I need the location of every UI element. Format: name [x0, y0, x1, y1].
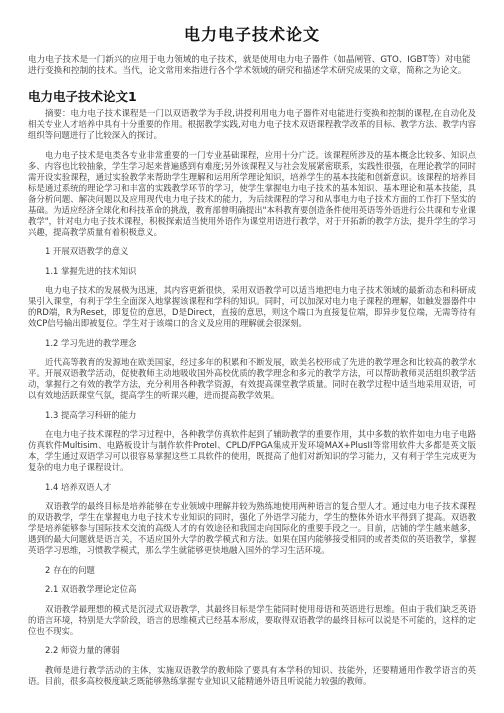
heading-1-1: 1.1 掌握先进的技术知识: [28, 266, 476, 277]
intro-paragraph: 电力电子技术是一门新兴的应用于电力领域的电子技术，就是使用电力电子器件（如晶闸管…: [28, 55, 476, 77]
heading-2-2: 2.2 师资力量的薄弱: [28, 645, 476, 656]
body-paragraph: 电力电子技术是电类各专业非常重要的一门专业基础课程，应用十分广泛。该课程所涉及的…: [28, 150, 476, 238]
body-paragraph: 在电力电子技术课程的学习过程中，各种教学仿真软件起到了辅助教学的重要作用，其中多…: [28, 429, 476, 473]
heading-1-2: 1.2 学习先进的教学理念: [28, 338, 476, 349]
body-paragraph: 电力电子技术的发展极为迅速，其内容更新很快，采用双语教学可以适当地把电力电子技术…: [28, 285, 476, 329]
heading-1-3: 1.3 提高学习科研的能力: [28, 410, 476, 421]
document-page: 电力电子技术论文 电力电子技术是一门新兴的应用于电力领域的电子技术，就是使用电力…: [0, 0, 504, 713]
body-paragraph: 教师是进行教学活动的主体，实施双语教学的教师除了要具有本学科的知识、技能外，还要…: [28, 665, 476, 687]
body-paragraph: 双语教学最理想的模式是沉浸式双语教学，其最终目标是学生能同时使用母语和英语进行思…: [28, 604, 476, 637]
article-body: 摘要：电力电子技术课程是一门以双语教学为手段,讲授利用电力电子器件对电能进行变换…: [28, 108, 476, 695]
heading-1-4: 1.4 培养双语人才: [28, 482, 476, 493]
body-paragraph: 双语教学的最终目标是培养能够在专业领域中理解并较为熟练地使用两种语言的复合型人才…: [28, 501, 476, 556]
page-title: 电力电子技术论文: [0, 22, 504, 45]
section-heading: 电力电子技术论文1: [28, 87, 476, 105]
heading-1: 1 开展双语教学的意义: [28, 246, 476, 257]
heading-2: 2 存在的问题: [28, 565, 476, 576]
abstract-paragraph: 摘要：电力电子技术课程是一门以双语教学为手段,讲授利用电力电子器件对电能进行变换…: [28, 108, 476, 141]
heading-2-1: 2.1 双语教学理论定位高: [28, 584, 476, 595]
body-paragraph: 近代高等教育的发源地在欧美国家，经过多年的积累和不断发展，欧美名校形成了先进的教…: [28, 357, 476, 401]
